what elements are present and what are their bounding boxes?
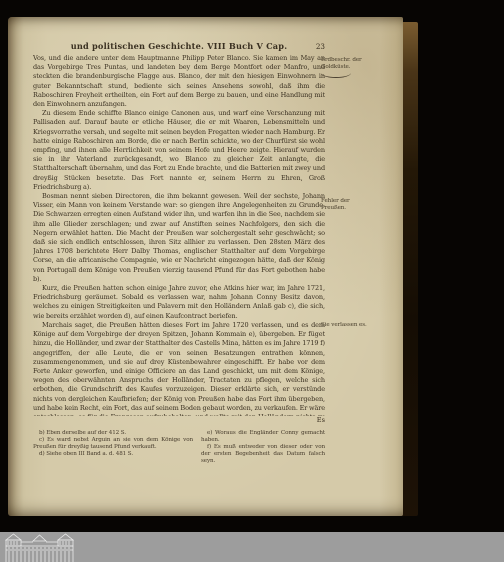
paragraph-continuation: Vos, und die andere unter dem Hauptmanne…	[33, 54, 325, 109]
margin-note-goldkueste: Erdbeschr. der Goldküste.	[321, 57, 369, 78]
running-title: und politischen Geschichte. VIII Buch V …	[33, 41, 325, 51]
margin-note-text: Fehler der Preußen.	[321, 198, 350, 211]
scan-viewport: und politischen Geschichte. VIII Buch V …	[0, 0, 504, 562]
book-page: und politischen Geschichte. VIII Buch V …	[8, 17, 403, 516]
footnote: f) Es muß entweder von dieser oder von d…	[201, 444, 325, 465]
footnote-column-right: e) Woraus die Engländer Conny gemacht ha…	[201, 430, 325, 465]
paragraph: Kurz, die Preußen hatten schon einige Ja…	[33, 284, 325, 321]
page-header: und politischen Geschichte. VIII Buch V …	[33, 41, 325, 53]
footnote: d) Siehe oben III Band a. d. 481 S.	[33, 451, 193, 458]
margin-note-fehler: Fehler der Preußen.	[321, 198, 369, 212]
book-fore-edge	[401, 22, 418, 516]
text-block: Vos, und die andere unter dem Hauptmanne…	[33, 54, 325, 416]
catchword: Es	[33, 416, 325, 424]
margin-note-flourish	[321, 72, 351, 78]
footnote: e) Woraus die Engländer Conny gemacht ha…	[201, 430, 325, 444]
footnotes: b) Eben derselbe auf der 412 S. c) Es wa…	[33, 430, 325, 465]
library-building-icon	[3, 532, 79, 562]
margin-note-text: Sie verlassen es.	[321, 322, 367, 328]
paragraph: Zu diesem Ende schiffte Blanco einige Ca…	[33, 109, 325, 192]
paragraph: Marchais saget, die Preußen hätten diese…	[33, 321, 325, 416]
page-number: 23	[316, 42, 325, 51]
margin-note-text: Erdbeschr. der Goldküste.	[321, 57, 362, 70]
footnote-column-left: b) Eben derselbe auf der 412 S. c) Es wa…	[33, 430, 193, 465]
margin-note-verlassen: Sie verlassen es.	[321, 322, 369, 329]
paragraph: Bosman nennt sieben Directoren, die ihm …	[33, 192, 325, 284]
footnote: c) Es ward nebst Arguin an sie von dem K…	[33, 437, 193, 451]
watermark-bar	[0, 532, 504, 562]
